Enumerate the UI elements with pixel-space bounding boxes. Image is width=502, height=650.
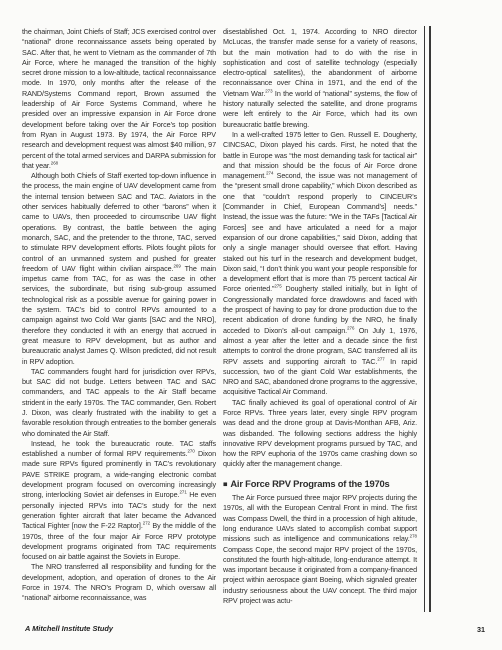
footnote-ref: 272 — [143, 521, 150, 526]
right-column-paragraphs-top: disestablished Oct. 1, 1974. According t… — [223, 27, 417, 470]
right-column-paragraphs-bottom: The Air Force pursued three major RPV pr… — [223, 493, 417, 606]
square-bullet-icon: ■ — [223, 479, 227, 489]
section-heading-label: Air Force RPV Programs of the 1970s — [230, 478, 389, 489]
paragraph: The NRO transferred all responsibility a… — [22, 562, 216, 603]
left-column-paragraphs: the chairman, Joint Chiefs of Staff; JCS… — [22, 27, 216, 604]
margin-rule-thick — [429, 26, 432, 612]
footnote-ref: 278 — [410, 534, 417, 539]
text-block: the chairman, Joint Chiefs of Staff; JCS… — [22, 27, 417, 606]
paragraph: TAC finally achieved its goal of operati… — [223, 398, 417, 470]
paragraph: Instead, he took the bureaucratic route.… — [22, 439, 216, 563]
footnote-ref: 276 — [347, 325, 354, 330]
footnote-ref: 269 — [173, 263, 180, 268]
footnote-ref: 274 — [266, 171, 273, 176]
paragraph: the chairman, Joint Chiefs of Staff; JCS… — [22, 27, 216, 171]
paragraph: disestablished Oct. 1, 1974. According t… — [223, 27, 417, 130]
margin-rule-thin — [424, 26, 425, 612]
footnote-ref: 277 — [377, 356, 384, 361]
page-number: 31 — [477, 625, 485, 634]
left-column: the chairman, Joint Chiefs of Staff; JCS… — [22, 27, 216, 606]
paragraph: Although both Chiefs of Staff exerted to… — [22, 171, 216, 367]
footnote-ref: 273 — [265, 88, 272, 93]
footer-study-title: A Mitchell Institute Study — [25, 624, 113, 633]
footnote-ref: 271 — [179, 490, 186, 495]
section-heading: ■Air Force RPV Programs of the 1970s — [223, 479, 417, 490]
paragraph: TAC commanders fought hard for jurisdict… — [22, 367, 216, 439]
paragraph: In a well-crafted 1975 letter to Gen. Ru… — [223, 130, 417, 398]
footnote-ref: 275 — [274, 284, 281, 289]
document-page: the chairman, Joint Chiefs of Staff; JCS… — [0, 0, 502, 650]
footnote-ref: 270 — [187, 449, 194, 454]
right-column: disestablished Oct. 1, 1974. According t… — [223, 27, 417, 606]
paragraph: The Air Force pursued three major RPV pr… — [223, 493, 417, 606]
footnote-ref: 268 — [51, 160, 58, 165]
